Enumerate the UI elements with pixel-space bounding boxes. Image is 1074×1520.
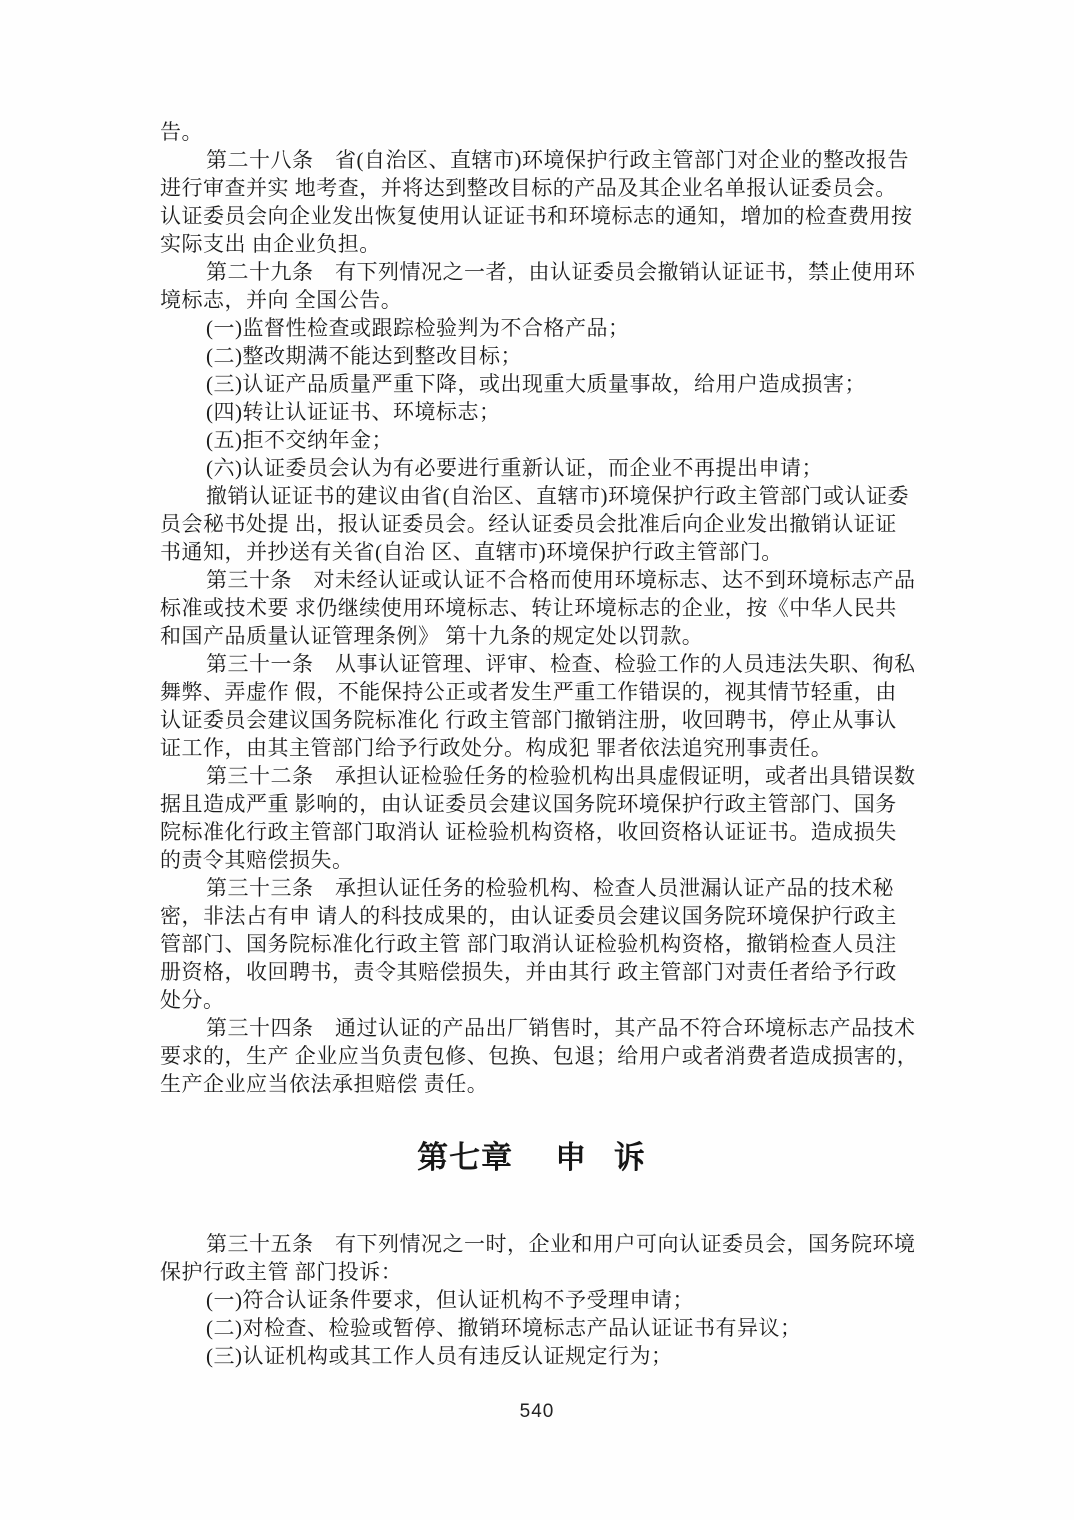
text-line: 密，非法占有申 请人的科技成果的，由认证委员会建议国务院环境保护行政主	[160, 902, 912, 930]
text-line: 实际支出 由企业负担。	[160, 230, 912, 258]
text-line: 第三十四条 通过认证的产品出厂销售时，其产品不符合环境标志产品技术	[160, 1014, 912, 1042]
text-line: 撤销认证证书的建议由省(自治区、直辖市)环境保护行政主管部门或认证委	[160, 482, 912, 510]
text-line: 要求的，生产 企业应当负责包修、包换、包退；给用户或者消费者造成损害的，	[160, 1042, 912, 1070]
document-page: 告。第二十八条 省(自治区、直辖市)环境保护行政主管部门对企业的整改报告进行审查…	[0, 0, 1074, 1520]
document-body: 告。第二十八条 省(自治区、直辖市)环境保护行政主管部门对企业的整改报告进行审查…	[160, 118, 912, 1098]
text-line: 生产企业应当依法承担赔偿 责任。	[160, 1070, 912, 1098]
text-line: 册资格，收回聘书，责令其赔偿损失，并由其行 政主管部门对责任者给予行政	[160, 958, 912, 986]
text-line: 书通知，并抄送有关省(自治 区、直辖市)环境保护行政主管部门。	[160, 538, 912, 566]
text-line: 认证委员会向企业发出恢复使用认证证书和环境标志的通知，增加的检查费用按	[160, 202, 912, 230]
text-line: 据且造成严重 影响的，由认证委员会建议国务院环境保护行政主管部门、国务	[160, 790, 912, 818]
text-line: 员会秘书处提 出，报认证委员会。经认证委员会批准后向企业发出撤销认证证	[160, 510, 912, 538]
text-line: 证工作，由其主管部门给予行政处分。构成犯 罪者依法追究刑事责任。	[160, 734, 912, 762]
text-line: (三)认证产品质量严重下降，或出现重大质量事故，给用户造成损害；	[160, 370, 912, 398]
page-footer: 540	[0, 1401, 1074, 1423]
text-line: 第二十九条 有下列情况之一者，由认证委员会撤销认证证书，禁止使用环	[160, 258, 912, 286]
text-line: (一)监督性检查或跟踪检验判为不合格产品；	[160, 314, 912, 342]
text-line: 第三十二条 承担认证检验任务的检验机构出具虚假证明，或者出具错误数	[160, 762, 912, 790]
text-line: (二)整改期满不能达到整改目标；	[160, 342, 912, 370]
document-text-block: 告。第二十八条 省(自治区、直辖市)环境保护行政主管部门对企业的整改报告进行审查…	[160, 118, 912, 1370]
chapter-title: 申 诉	[555, 1140, 655, 1175]
text-line: 认证委员会建议国务院标准化 行政主管部门撤销注册，收回聘书，停止从事认	[160, 706, 912, 734]
chapter-heading: 第七章申 诉	[160, 1136, 912, 1180]
text-line: 舞弊、弄虚作 假，不能保持公正或者发生严重工作错误的，视其情节轻重，由	[160, 678, 912, 706]
page-number: 540	[520, 1401, 555, 1422]
text-line: (一)符合认证条件要求，但认证机构不予受理申请；	[160, 1286, 912, 1314]
text-line: 进行审查并实 地考查，并将达到整改目标的产品及其企业名单报认证委员会。	[160, 174, 912, 202]
text-line: (二)对检查、检验或暂停、撤销环境标志产品认证证书有异议；	[160, 1314, 912, 1342]
chapter-seven-body: 第三十五条 有下列情况之一时，企业和用户可向认证委员会，国务院环境保护行政主管 …	[160, 1230, 912, 1370]
text-line: (三)认证机构或其工作人员有违反认证规定行为；	[160, 1342, 912, 1370]
text-line: 第二十八条 省(自治区、直辖市)环境保护行政主管部门对企业的整改报告	[160, 146, 912, 174]
text-line: 第三十条 对未经认证或认证不合格而使用环境标志、达不到环境标志产品	[160, 566, 912, 594]
text-line: 标准或技术要 求仍继续使用环境标志、转让环境标志的企业，按《中华人民共	[160, 594, 912, 622]
text-line: (五)拒不交纳年金；	[160, 426, 912, 454]
text-line: 保护行政主管 部门投诉：	[160, 1258, 912, 1286]
text-line: 第三十一条 从事认证管理、评审、检查、检验工作的人员违法失职、徇私	[160, 650, 912, 678]
text-line: 第三十三条 承担认证任务的检验机构、检查人员泄漏认证产品的技术秘	[160, 874, 912, 902]
text-line: 管部门、国务院标准化行政主管 部门取消认证检验机构资格，撤销检查人员注	[160, 930, 912, 958]
text-line: 和国产品质量认证管理条例》 第十九条的规定处以罚款。	[160, 622, 912, 650]
text-line: 的责令其赔偿损失。	[160, 846, 912, 874]
text-line: 告。	[160, 118, 912, 146]
text-line: (四)转让认证证书、环境标志；	[160, 398, 912, 426]
text-line: 境标志，并向 全国公告。	[160, 286, 912, 314]
chapter-number: 第七章	[417, 1140, 513, 1175]
text-line: 第三十五条 有下列情况之一时，企业和用户可向认证委员会，国务院环境	[160, 1230, 912, 1258]
text-line: 处分。	[160, 986, 912, 1014]
text-line: (六)认证委员会认为有必要进行重新认证，而企业不再提出申请；	[160, 454, 912, 482]
text-line: 院标准化行政主管部门取消认 证检验机构资格，收回资格认证证书。造成损失	[160, 818, 912, 846]
